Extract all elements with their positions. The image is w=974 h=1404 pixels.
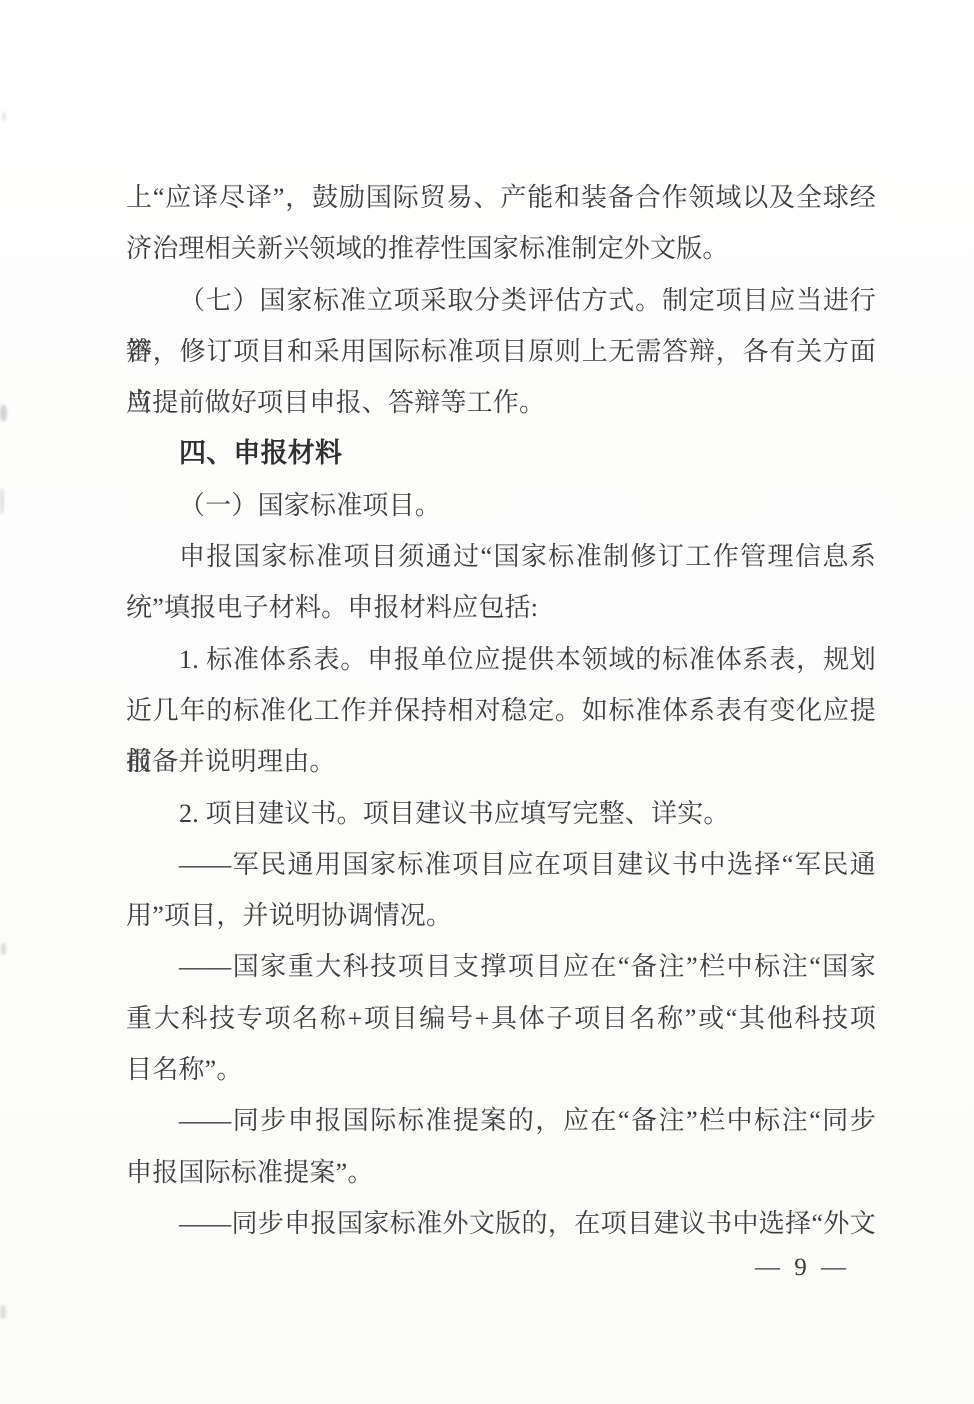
scan-smudge [0, 405, 7, 421]
text-line: 当提前做好项目申报、答辩等工作。 [126, 377, 876, 428]
text-line: 申报国际标准提案”。 [126, 1147, 876, 1198]
scan-smudge [0, 488, 4, 514]
scan-smudge [1, 943, 6, 955]
text-line: ——同步申报国家标准外文版的，在项目建议书中选择“外文 [126, 1198, 876, 1249]
text-line: 2. 项目建议书。项目建议书应填写完整、详实。 [126, 788, 876, 839]
text-line: 目名称”。 [126, 1044, 876, 1095]
text-line: ——同步申报国际标准提案的，应在“备注”栏中标注“同步 [126, 1095, 876, 1146]
text-line: 济治理相关新兴领域的推荐性国家标准制定外文版。 [126, 223, 876, 274]
text-line: 统”填报电子材料。申报材料应包括: [126, 582, 876, 633]
page-number: — 9 — [755, 1254, 850, 1282]
text-line: （七）国家标准立项采取分类评估方式。制定项目应当进行答 [126, 275, 876, 326]
document-body: 上“应译尽译”，鼓励国际贸易、产能和装备合作领域以及全球经济治理相关新兴领域的推… [126, 172, 876, 1249]
section-heading: 四、申报材料 [126, 428, 876, 479]
text-line: ——国家重大科技项目支撑项目应在“备注”栏中标注“国家 [126, 941, 876, 992]
text-line: 1. 标准体系表。申报单位应提供本领域的标准体系表，规划 [126, 634, 876, 685]
text-line: 重大科技专项名称+项目编号+具体子项目名称”或“其他科技项 [126, 993, 876, 1044]
text-line: 辩，修订项目和采用国际标准项目原则上无需答辩，各有关方面应 [126, 326, 876, 377]
text-line: 用”项目，并说明协调情况。 [126, 890, 876, 941]
scan-smudge [2, 112, 6, 121]
text-line: 报备并说明理由。 [126, 736, 876, 787]
text-line: 近几年的标准化工作并保持相对稳定。如标准体系表有变化应提前 [126, 685, 876, 736]
text-line: （一）国家标准项目。 [126, 480, 876, 531]
text-line: 上“应译尽译”，鼓励国际贸易、产能和装备合作领域以及全球经 [126, 172, 876, 223]
text-line: 申报国家标准项目须通过“国家标准制修订工作管理信息系 [126, 531, 876, 582]
text-line: ——军民通用国家标准项目应在项目建议书中选择“军民通 [126, 839, 876, 890]
scanned-page: 上“应译尽译”，鼓励国际贸易、产能和装备合作领域以及全球经济治理相关新兴领域的推… [0, 0, 974, 1404]
scan-smudge [0, 1305, 6, 1319]
